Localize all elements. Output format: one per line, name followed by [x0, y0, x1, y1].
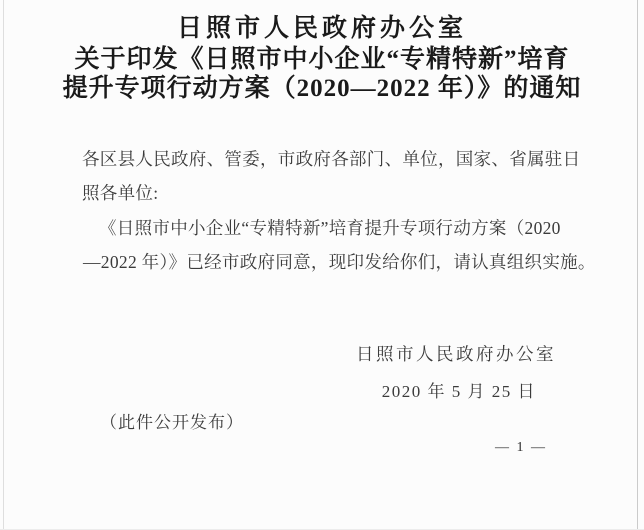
- document-title-line-3: 提升专项行动方案（2020—2022 年）》的通知: [0, 75, 644, 103]
- body-paragraph-line-1: 《日照市中小企业“专精特新”培育提升专项行动方案（2020: [99, 217, 561, 239]
- salutation-line-1: 各区县人民政府、管委，市政府各部门、单位，国家、省属驻日: [82, 148, 580, 170]
- public-release-note: （此件公开发布）: [100, 408, 244, 433]
- body-paragraph-line-2: —2022 年）》已经市政府同意，现印发给你们，请认真组织实施。: [83, 251, 596, 273]
- signature-issuer: 日照市人民政府办公室: [356, 341, 556, 366]
- scanned-document-page: 日照市人民政府办公室 关于印发《日照市中小企业“专精特新”培育 提升专项行动方案…: [0, 0, 644, 530]
- document-title-issuer: 日照市人民政府办公室: [0, 15, 644, 43]
- signature-date: 2020 年 5 月 25 日: [382, 377, 536, 402]
- salutation-line-2: 照各单位:: [82, 182, 158, 204]
- page-number: — 1 —: [495, 440, 547, 456]
- document-title-line-2: 关于印发《日照市中小企业“专精特新”培育: [0, 46, 644, 74]
